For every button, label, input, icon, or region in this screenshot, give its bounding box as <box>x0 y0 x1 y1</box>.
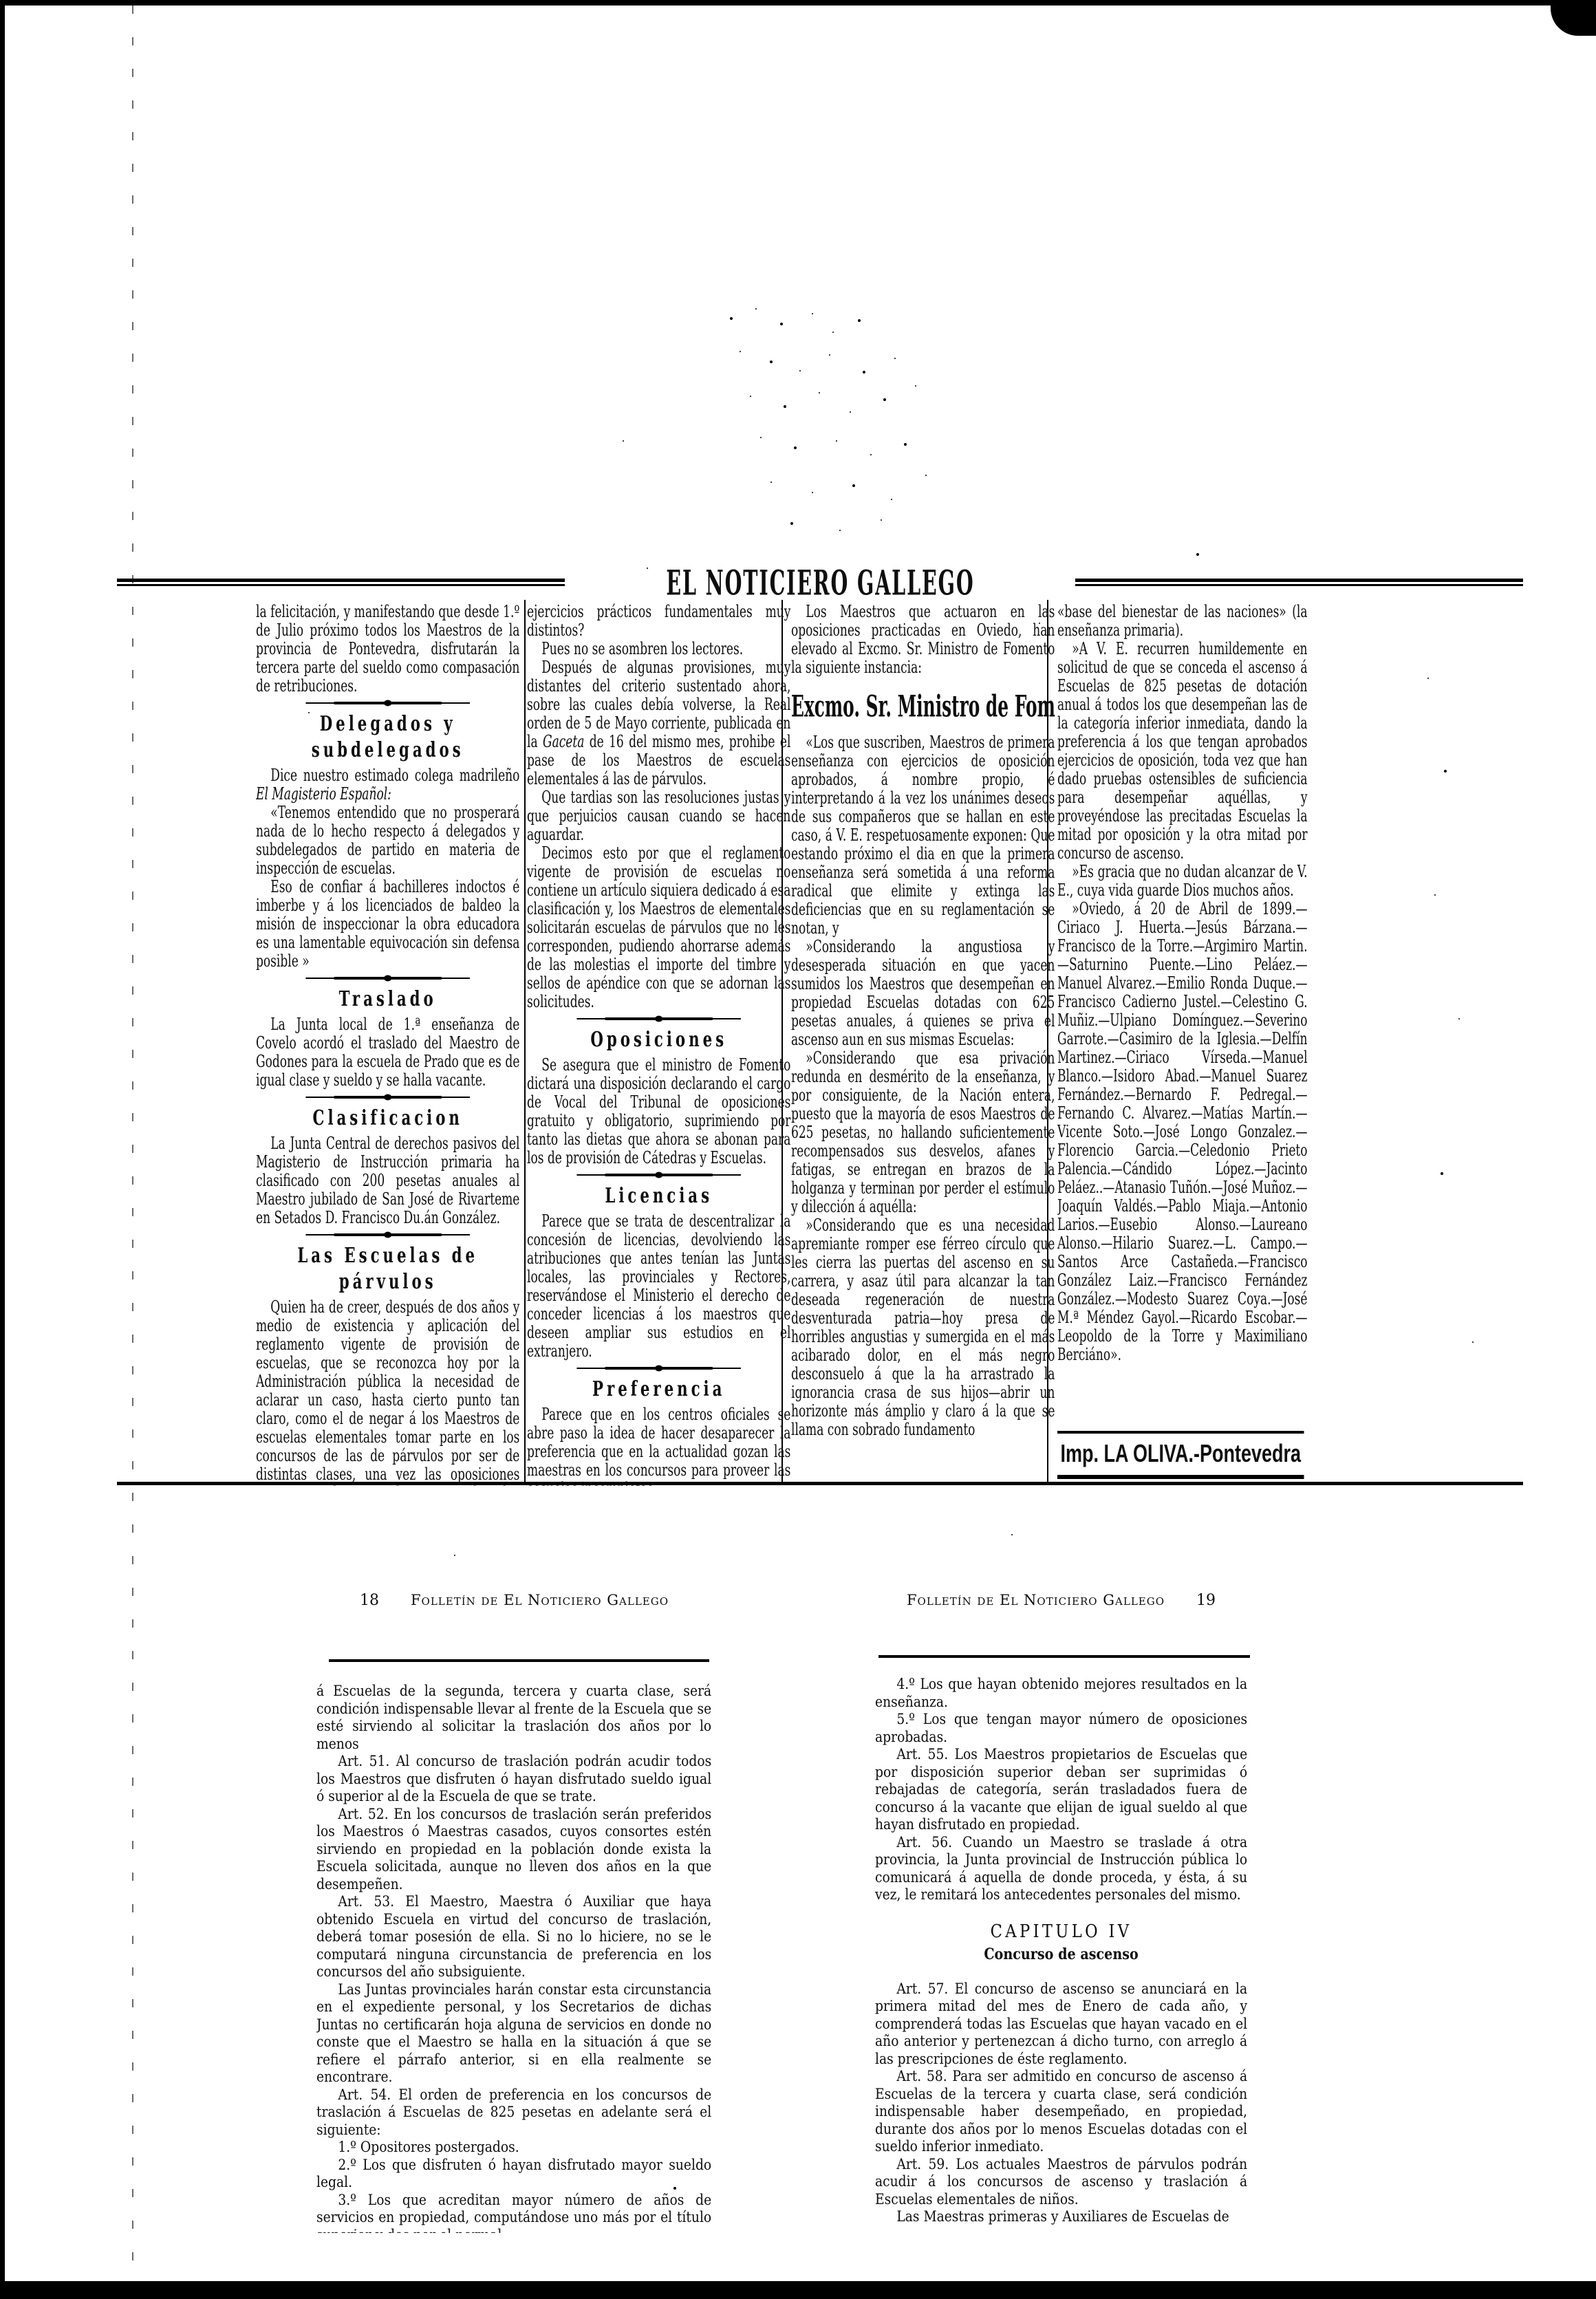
article-heading: Licencias <box>527 1183 790 1209</box>
paragraph: Después de algunas provisiones, muy dist… <box>527 658 790 788</box>
folletin-header-rule-right <box>878 1655 1250 1658</box>
paragraph: Art. 51. Al concurso de traslación podrá… <box>316 1753 711 1806</box>
paragraph: La Junta local de 1.ª enseñanza de Covel… <box>256 1015 519 1090</box>
news-column-2: ejercicios prácticos fundamentales muy d… <box>527 603 790 1486</box>
article-divider <box>334 1096 442 1099</box>
newspaper-title: EL NOTICIERO GALLEGO <box>666 563 974 603</box>
paragraph: La Junta Central de derechos pasivos del… <box>256 1134 519 1227</box>
fold-crease-line <box>132 6 133 2281</box>
paragraph: «Tenemos entendido que no prosperará nad… <box>256 803 519 878</box>
paragraph: Pues no se asombren los lectores. <box>527 640 790 658</box>
folletin-column-left: á Escuelas de la segunda, tercera y cuar… <box>316 1683 711 2233</box>
paragraph: Parece que se trata de descentralizar la… <box>527 1212 790 1361</box>
page-number-left: 18 <box>360 1592 379 1609</box>
letter-salutation-heading: Excmo. Sr. Ministro de Fomento <box>791 684 1055 731</box>
article-divider <box>334 977 442 980</box>
scan-corner-artifact <box>1551 0 1596 36</box>
scan-noise-speckles <box>0 0 1 1</box>
paragraph: Parece que en los centros oficiales se a… <box>527 1405 790 1486</box>
paragraph: Eso de confiar á bachilleres indoctos é … <box>256 878 519 971</box>
folletin-title-left: Folletín de El Noticiero Gallego <box>411 1592 669 1608</box>
section-separator-rule <box>117 1482 1523 1485</box>
paragraph: Las Juntas provinciales harán constar es… <box>316 1981 711 2086</box>
paragraph: Quien ha de creer, después de dos años y… <box>256 1298 519 1486</box>
paragraph: »Considerando que es una necesidad aprem… <box>791 1216 1055 1439</box>
paragraph: 2.º Los que disfruten ó hayan disfrutado… <box>316 2157 711 2192</box>
scan-edge-left <box>0 0 5 2299</box>
paragraph: Art. 53. El Maestro, Maestra ó Auxiliar … <box>316 1893 711 1981</box>
paragraph: Dice nuestro estimado colega madrileño E… <box>256 766 519 803</box>
article-divider <box>605 1017 713 1020</box>
page-number-right: 19 <box>1196 1592 1216 1609</box>
paragraph: «Los que suscriben, Maestros de primera … <box>791 733 1055 938</box>
article-heading: Traslado <box>256 986 519 1013</box>
paragraph: la felicitación, y manifestando que desd… <box>256 603 519 695</box>
paragraph: á Escuelas de la segunda, tercera y cuar… <box>316 1683 711 1753</box>
masthead-rule-right <box>1075 579 1523 587</box>
paragraph: 4.º Los que hayan obtenido mejores resul… <box>875 1676 1247 1711</box>
article-heading: Oposiciones <box>527 1027 790 1053</box>
scan-edge-top <box>0 0 1596 6</box>
paragraph: Los Maestros que actuaron en las oposici… <box>791 603 1055 677</box>
paragraph: Art. 54. El orden de preferencia en los … <box>316 2086 711 2139</box>
paragraph: Las Maestras primeras y Auxiliares de Es… <box>875 2208 1247 2226</box>
article-heading: Clasificacion <box>256 1105 519 1132</box>
folletin-column-right: 4.º Los que hayan obtenido mejores resul… <box>875 1676 1247 2226</box>
paragraph: Art. 55. Los Maestros propietarios de Es… <box>875 1746 1247 1834</box>
paragraph: »Es gracia que no dudan alcanzar de V. E… <box>1057 863 1308 900</box>
printer-imprint: Imp. LA OLIVA.-Pontevedra <box>1057 1431 1304 1479</box>
imprint-text: Imp. LA OLIVA.-Pontevedra <box>1060 1439 1301 1467</box>
article-divider <box>334 702 442 704</box>
article-divider <box>605 1367 713 1370</box>
paragraph: Art. 52. En los concursos de traslación … <box>316 1806 711 1894</box>
column-divider-1 <box>524 600 526 1485</box>
paragraph: 5.º Los que tengan mayor número de oposi… <box>875 1711 1247 1746</box>
paragraph: Art. 56. Cuando un Maestro se traslade á… <box>875 1834 1247 1904</box>
news-column-3: Los Maestros que actuaron en las oposici… <box>791 603 1055 1486</box>
article-heading: Delegados y subdelegados <box>256 711 519 764</box>
news-column-4: «base del bienestar de las naciones» (la… <box>1057 603 1308 1486</box>
paragraph: 1.º Opositores postergados. <box>316 2139 711 2157</box>
paragraph: Decimos esto por que el reglamento vigen… <box>527 844 790 1011</box>
paragraph: Que tardias son las resoluciones justas … <box>527 788 790 844</box>
paragraph: »A V. E. recurren humildemente en solici… <box>1057 640 1308 863</box>
chapter-subheading: Concurso de ascenso <box>875 1946 1247 1964</box>
paragraph: »Oviedo, á 20 de Abril de 1899.—Ciriaco … <box>1057 900 1308 1364</box>
paragraph: »Considerando la angustiosa y desesperad… <box>791 938 1055 1049</box>
article-divider <box>334 1233 442 1236</box>
scan-edge-bottom <box>0 2281 1596 2299</box>
folletin-title-right: Folletín de El Noticiero Gallego <box>907 1592 1165 1608</box>
paragraph: Art. 59. Los actuales Maestros de párvul… <box>875 2156 1247 2209</box>
news-column-1: la felicitación, y manifestando que desd… <box>256 603 519 1486</box>
folletin-header-right: Folletín de El Noticiero Gallego 19 <box>875 1592 1247 1609</box>
masthead: EL NOTICIERO GALLEGO <box>117 564 1523 601</box>
paragraph: Se asegura que el ministro de Fomento di… <box>527 1056 790 1167</box>
paragraph: ejercicios prácticos fundamentales muy d… <box>527 603 790 640</box>
folletin-header-left: 18 Folletín de El Noticiero Gallego <box>316 1592 712 1609</box>
paragraph: Art. 58. Para ser admitido en concurso d… <box>875 2068 1247 2156</box>
paragraph: Art. 57. El concurso de ascenso se anunc… <box>875 1980 1247 2069</box>
paragraph: »Considerando que esa privación redunda … <box>791 1049 1055 1216</box>
folletin-header-rule-left <box>329 1659 709 1662</box>
paragraph: 3.º Los que acreditan mayor número de añ… <box>316 2192 711 2234</box>
article-heading: Las Escuelas de párvulos <box>256 1243 519 1295</box>
paragraph: «base del bienestar de las naciones» (la… <box>1057 603 1308 640</box>
masthead-rule-left <box>117 579 565 587</box>
article-heading: Preferencia <box>527 1377 790 1403</box>
article-divider <box>605 1174 713 1176</box>
newspaper-scan-page: { "colors": {"paper": "#ffffff", "ink": … <box>0 0 1596 2299</box>
chapter-heading: CAPITULO IV <box>875 1923 1247 1941</box>
